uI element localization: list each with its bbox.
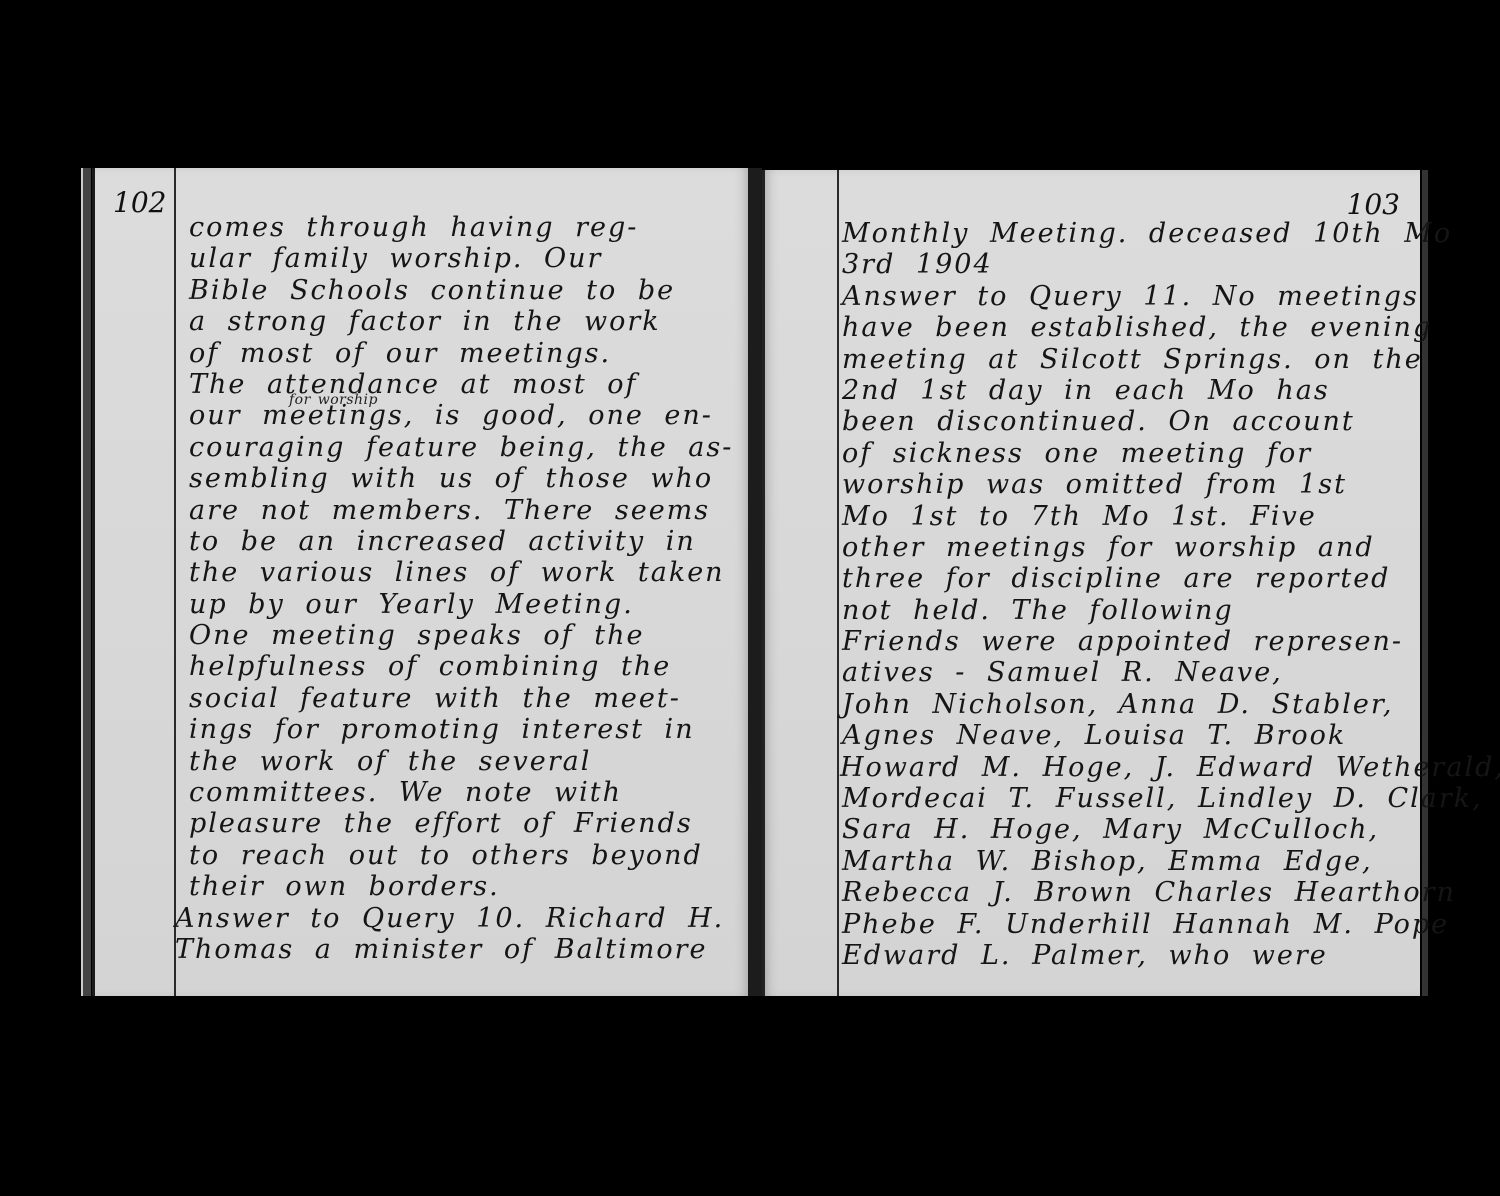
text-line: up by our Yearly Meeting. bbox=[189, 589, 749, 620]
text-line: Mo 1st to 7th Mo 1st. Five bbox=[842, 501, 1412, 532]
ledger-spread: 102 comes through having reg- ular famil… bbox=[0, 0, 1500, 1196]
text-line: to be an increased activity in bbox=[189, 526, 749, 557]
text-line: Monthly Meeting. deceased 10th Mo bbox=[842, 218, 1412, 249]
text-line: sembling with us of those who bbox=[189, 463, 749, 494]
text-line: Edward L. Palmer, who were bbox=[842, 940, 1412, 971]
text-line: their own borders. bbox=[189, 871, 749, 902]
text-line-content: our meetings, is good, one en- bbox=[189, 400, 713, 431]
text-line: Answer to Query 10. Richard H. bbox=[175, 903, 749, 934]
text-line: ular family worship. Our bbox=[189, 243, 749, 274]
text-line: Thomas a minister of Baltimore bbox=[175, 934, 749, 965]
text-line: couraging feature being, the as- bbox=[189, 432, 749, 463]
text-line: ings for promoting interest in bbox=[189, 714, 749, 745]
text-line: helpfulness of combining the bbox=[189, 651, 749, 682]
page-edge bbox=[1422, 170, 1428, 996]
text-line: Martha W. Bishop, Emma Edge, bbox=[842, 846, 1412, 877]
text-line: the various lines of work taken bbox=[189, 557, 749, 588]
right-margin-rule bbox=[837, 170, 839, 996]
text-line: to reach out to others beyond bbox=[189, 840, 749, 871]
interlinear-insertion: for worship bbox=[289, 385, 378, 416]
text-line: the work of the several bbox=[189, 746, 749, 777]
right-page-text: Monthly Meeting. deceased 10th Mo 3rd 19… bbox=[842, 218, 1412, 971]
left-page: 102 comes through having reg- ular famil… bbox=[92, 168, 751, 996]
text-line: John Nicholson, Anna D. Stabler, bbox=[842, 689, 1412, 720]
right-gutter-line bbox=[762, 170, 765, 996]
text-line: Howard M. Hoge, J. Edward Wetherald, bbox=[840, 752, 1412, 783]
text-line-with-insertion: for worship our meetings, is good, one e… bbox=[189, 400, 749, 431]
text-line: Mordecai T. Fussell, Lindley D. Clark, bbox=[842, 783, 1412, 814]
text-line: comes through having reg- bbox=[189, 212, 749, 243]
text-line: of sickness one meeting for bbox=[842, 438, 1412, 469]
book-spine bbox=[748, 168, 762, 996]
text-line: atives - Samuel R. Neave, bbox=[842, 657, 1412, 688]
text-line: social feature with the meet- bbox=[189, 683, 749, 714]
text-line: committees. We note with bbox=[189, 777, 749, 808]
text-line: Sara H. Hoge, Mary McCulloch, bbox=[842, 814, 1412, 845]
left-page-number: 102 bbox=[113, 186, 166, 219]
text-line: One meeting speaks of the bbox=[189, 620, 749, 651]
text-line: pleasure the effort of Friends bbox=[189, 808, 749, 839]
text-line: Phebe F. Underhill Hannah M. Pope bbox=[842, 909, 1412, 940]
text-line: meeting at Silcott Springs. on the bbox=[842, 344, 1412, 375]
right-page: 103 Monthly Meeting. deceased 10th Mo 3r… bbox=[762, 170, 1420, 996]
text-line: Rebecca J. Brown Charles Hearthorn bbox=[842, 877, 1412, 908]
text-line: Bible Schools continue to be bbox=[189, 275, 749, 306]
text-line: The attendance at most of bbox=[189, 369, 749, 400]
text-line: three for discipline are reported bbox=[842, 563, 1412, 594]
text-line: not held. The following bbox=[842, 595, 1412, 626]
left-page-text: comes through having reg- ular family wo… bbox=[189, 212, 749, 965]
text-line: of most of our meetings. bbox=[189, 338, 749, 369]
text-line: worship was omitted from 1st bbox=[842, 469, 1412, 500]
text-line: Answer to Query 11. No meetings bbox=[842, 281, 1412, 312]
text-line: have been established, the evening bbox=[842, 312, 1412, 343]
text-line: a strong factor in the work bbox=[189, 306, 749, 337]
text-line: Agnes Neave, Louisa T. Brook bbox=[842, 720, 1412, 751]
text-line: 3rd 1904 bbox=[842, 249, 1412, 280]
text-line: Friends were appointed represen- bbox=[842, 626, 1412, 657]
text-line: are not members. There seems bbox=[189, 495, 749, 526]
text-line: 2nd 1st day in each Mo has bbox=[842, 375, 1412, 406]
right-page-number: 103 bbox=[1347, 188, 1400, 221]
left-margin-rule bbox=[174, 168, 176, 996]
text-line: been discontinued. On account bbox=[842, 406, 1412, 437]
text-line: other meetings for worship and bbox=[842, 532, 1412, 563]
